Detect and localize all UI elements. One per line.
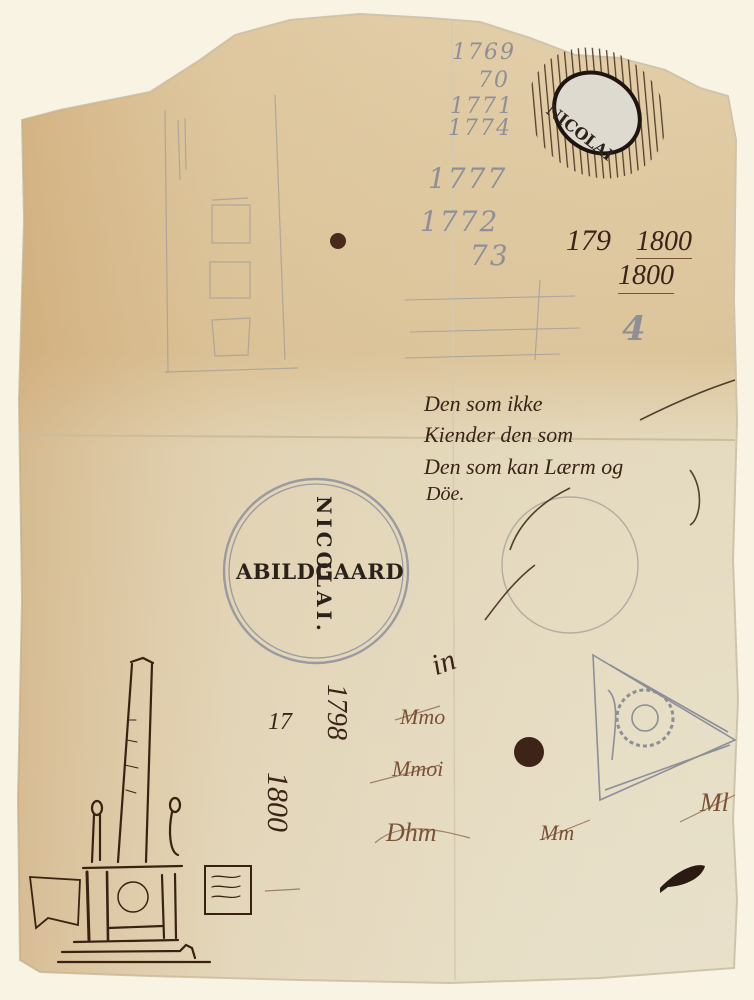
date-1798-vertical: 1798: [322, 684, 350, 740]
pencil-number-73: 73: [470, 242, 510, 270]
ink-dot-lower: [514, 737, 544, 767]
scribble-line-2: Mmoi: [392, 758, 443, 780]
date-1800-top: 1800: [636, 228, 692, 259]
scribble-line-1: Mmo: [400, 706, 445, 728]
pencil-number-1769: 1769: [452, 42, 516, 64]
note-line-2: Kiender den som: [424, 424, 573, 446]
pencil-number-1771: 1771: [450, 96, 514, 118]
scribble-line-3: Dhm: [386, 820, 437, 846]
date-17: 17: [268, 710, 292, 734]
date-179: 179: [566, 226, 611, 256]
paper-artwork: [0, 0, 754, 1000]
pencil-number-1772: 1772: [420, 208, 499, 236]
note-line-4: Döe.: [426, 484, 464, 504]
note-line-3: Den som kan Lærm og: [424, 456, 623, 478]
date-1800-bottom: 1800: [618, 262, 674, 294]
pencil-number-70: 70: [478, 70, 510, 92]
pencil-number-1774: 1774: [448, 118, 512, 140]
pencil-mark-4: 4: [622, 312, 648, 346]
pencil-number-1777: 1777: [428, 165, 507, 193]
scribble-line-4: Mm: [540, 822, 574, 844]
date-1800-vertical: 1800: [262, 772, 292, 832]
scribble-line-5: Ml: [700, 790, 729, 816]
note-line-1: Den som ikke: [424, 393, 543, 415]
stamp-nicolai-vertical: NICOLAI.: [314, 496, 334, 635]
ink-dot-upper: [330, 233, 346, 249]
manuscript-sheet: 1769 70 1771 1774 1777 1772 73 NICOLAI 1…: [0, 0, 754, 1000]
